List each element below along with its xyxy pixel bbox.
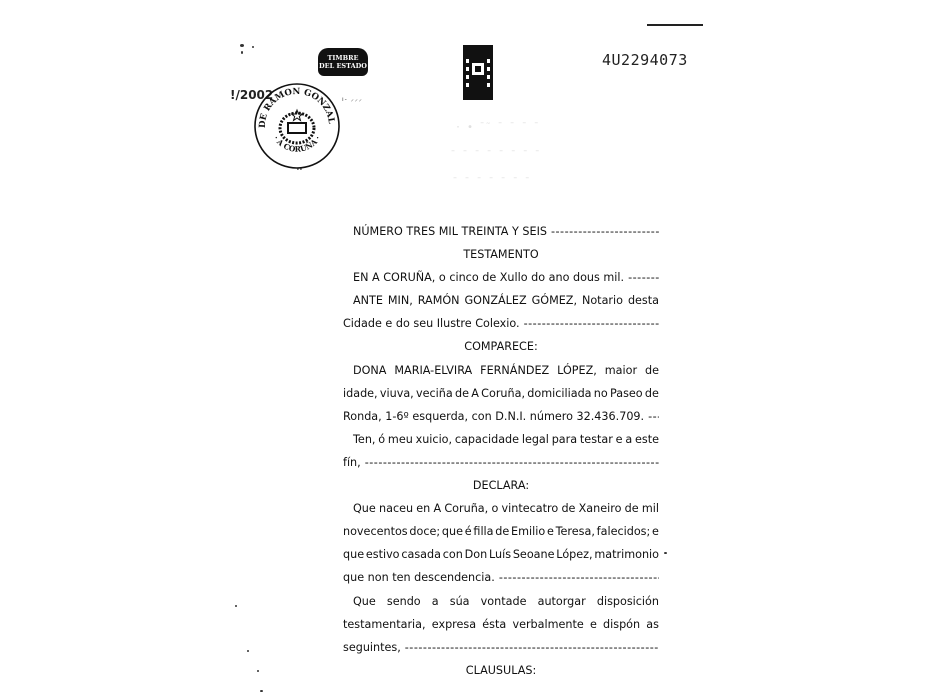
word: Que bbox=[353, 497, 376, 520]
capacity-line-1: Ten,ómeuxuicio,capacidadelegalparatestar… bbox=[343, 428, 659, 451]
bleed-through: ˉ ˉ ˉ ˉ ˉ ˉ ˉ bbox=[452, 177, 530, 188]
timbre-stamp: TIMBRE DEL ESTADO bbox=[318, 48, 368, 76]
word: Seoane bbox=[513, 543, 555, 566]
top-rule bbox=[647, 24, 703, 26]
bleed-through: · ∙ ̄ ˜ ˉ ˉ ˉ ˉ bbox=[455, 122, 539, 133]
word: Que bbox=[353, 590, 376, 613]
word: que bbox=[343, 543, 364, 566]
word: e bbox=[547, 520, 554, 543]
word: con bbox=[443, 543, 463, 566]
word: filla bbox=[473, 520, 493, 543]
svg-text:NOTARIA DE RAMON GONZALEZ GOME: NOTARIA DE RAMON GONZALEZ GOMEZ bbox=[253, 82, 336, 128]
notary-line-1: ANTEMIN,RAMÓNGONZÁLEZGÓMEZ,Notariodesta bbox=[343, 289, 659, 312]
word: estivo bbox=[366, 543, 400, 566]
notary-seal: NOTARIA DE RAMON GONZALEZ GOMEZ · A CORU… bbox=[253, 82, 341, 170]
scan-speck bbox=[260, 690, 263, 692]
word: Coruña, bbox=[444, 497, 488, 520]
comparece-heading: COMPARECE: bbox=[343, 335, 659, 358]
word: RAMÓN bbox=[418, 289, 460, 312]
timbre-line1: TIMBRE bbox=[318, 54, 368, 62]
scan-speck bbox=[240, 44, 244, 47]
word: súa bbox=[450, 590, 470, 613]
word: ó bbox=[378, 428, 385, 451]
word: vontade bbox=[481, 590, 527, 613]
word: o bbox=[491, 497, 498, 520]
word: para bbox=[552, 428, 577, 451]
word: vintecatro bbox=[502, 497, 559, 520]
word: MARIA-ELVIRA bbox=[394, 359, 472, 382]
word: as bbox=[646, 613, 659, 636]
word: A bbox=[434, 497, 442, 520]
scan-speck bbox=[252, 46, 254, 48]
word: expresa bbox=[432, 613, 476, 636]
coat-of-arms-stamp bbox=[463, 45, 493, 100]
shield-icon bbox=[472, 63, 484, 75]
word: Luís bbox=[489, 543, 511, 566]
stamp-border-right bbox=[487, 59, 490, 89]
word: verbalmente bbox=[512, 613, 583, 636]
word: testar bbox=[580, 428, 613, 451]
will-line-1: Quesendoasúavontadeautorgardisposición bbox=[343, 590, 659, 613]
declara-heading: DECLARA: bbox=[343, 474, 659, 497]
word: FERNÁNDEZ bbox=[480, 359, 549, 382]
number-title: NÚMERO TRES MIL TREINTA Y SEIS bbox=[353, 220, 547, 243]
word: en bbox=[416, 497, 430, 520]
word: que bbox=[442, 520, 463, 543]
number-title-line: NÚMERO TRES MIL TREINTA Y SEIS bbox=[343, 220, 659, 243]
scan-speck bbox=[235, 605, 237, 607]
word: doce; bbox=[409, 520, 440, 543]
word: maior bbox=[605, 359, 637, 382]
word: GONZÁLEZ bbox=[465, 289, 527, 312]
word: casada bbox=[401, 543, 441, 566]
word: de bbox=[561, 497, 575, 520]
word: Paseo bbox=[610, 382, 643, 405]
word: idade, bbox=[343, 382, 378, 405]
reference-mark: ı- ⸝⸝⸝ bbox=[342, 95, 363, 103]
word: a bbox=[432, 590, 439, 613]
notary-line-2: Cidade e do seu Ilustre Colexio. bbox=[343, 312, 659, 335]
word: de bbox=[455, 382, 469, 405]
place-date-line: EN A CORUÑA, o cinco de Xullo do ano dou… bbox=[343, 266, 659, 289]
word: matrimonio bbox=[594, 543, 659, 566]
word: sendo bbox=[387, 590, 421, 613]
word: autorgar bbox=[538, 590, 586, 613]
will-line-2: testamentaria,expresaéstaverbalmenteedis… bbox=[343, 613, 659, 636]
comparece-line-2: idade,viuva,veciñadeACoruña,domiciliadan… bbox=[343, 382, 659, 405]
bleed-through: ˉ ˉ ˉ ˉ ˉ ˉ ˉ ˉ bbox=[450, 150, 540, 161]
word: e bbox=[652, 520, 659, 543]
word: viuva, bbox=[380, 382, 414, 405]
comparece-line-1: DONAMARIA-ELVIRAFERNÁNDEZLÓPEZ,maiorde bbox=[343, 359, 659, 382]
word: ésta bbox=[482, 613, 506, 636]
clausulas-heading: CLAUSULAS: bbox=[343, 659, 659, 682]
word: no bbox=[594, 382, 608, 405]
word: veciña bbox=[416, 382, 453, 405]
word: novecentos bbox=[343, 520, 408, 543]
word: legal bbox=[522, 428, 549, 451]
word: de bbox=[645, 382, 659, 405]
scan-speck bbox=[664, 552, 667, 554]
word: meu bbox=[388, 428, 413, 451]
word: Don bbox=[465, 543, 488, 566]
word: GÓMEZ, bbox=[532, 289, 577, 312]
word: é bbox=[465, 520, 472, 543]
declara-line-4: que non ten descendencia. bbox=[343, 566, 659, 589]
word: desta bbox=[628, 289, 659, 312]
word: domiciliada bbox=[527, 382, 591, 405]
word: Xaneiro bbox=[579, 497, 622, 520]
word: falecidos; bbox=[597, 520, 651, 543]
word: LÓPEZ, bbox=[557, 359, 597, 382]
word: de bbox=[625, 497, 639, 520]
word: de bbox=[645, 359, 659, 382]
word: a bbox=[625, 428, 632, 451]
word: Teresa, bbox=[556, 520, 595, 543]
word: López, bbox=[556, 543, 592, 566]
word: mil bbox=[642, 497, 659, 520]
word: este bbox=[635, 428, 659, 451]
word: dispón bbox=[603, 613, 640, 636]
word: disposición bbox=[597, 590, 659, 613]
scan-speck bbox=[247, 650, 249, 652]
word: Ten, bbox=[353, 428, 375, 451]
will-line-3: seguintes, bbox=[343, 636, 659, 659]
word: naceu bbox=[379, 497, 413, 520]
seal-emblem-icon bbox=[280, 110, 314, 143]
stamp-border-left bbox=[466, 59, 469, 89]
word: e bbox=[590, 613, 597, 636]
word: capacidade bbox=[455, 428, 519, 451]
scan-speck bbox=[241, 51, 243, 54]
declara-line-1: QuenaceuenACoruña,ovintecatrodeXaneirode… bbox=[343, 497, 659, 520]
word: DONA bbox=[353, 359, 386, 382]
word: de bbox=[495, 520, 509, 543]
word: Notario bbox=[582, 289, 623, 312]
timbre-line2: DEL ESTADO bbox=[318, 62, 368, 70]
serial-number: 4U2294073 bbox=[602, 51, 688, 69]
word: Emilio bbox=[511, 520, 545, 543]
scan-speck bbox=[257, 670, 259, 672]
document-title: TESTAMENTO bbox=[343, 243, 659, 266]
declara-line-2: novecentosdoce;queéfilladeEmilioeTeresa,… bbox=[343, 520, 659, 543]
comparece-line-3: Ronda, 1-6º esquerda, con D.N.I. número … bbox=[343, 405, 659, 428]
word: testamentaria, bbox=[343, 613, 426, 636]
word: Coruña, bbox=[481, 382, 525, 405]
word: MIN, bbox=[388, 289, 413, 312]
word: A bbox=[471, 382, 479, 405]
word: e bbox=[616, 428, 623, 451]
word: ANTE bbox=[353, 289, 383, 312]
declara-line-3: queestivocasadaconDonLuísSeoaneLópez,mat… bbox=[343, 543, 659, 566]
word: xuicio, bbox=[416, 428, 452, 451]
capacity-line-2: fín, bbox=[343, 451, 659, 474]
document-body: NÚMERO TRES MIL TREINTA Y SEIS TESTAMENT… bbox=[343, 220, 659, 682]
